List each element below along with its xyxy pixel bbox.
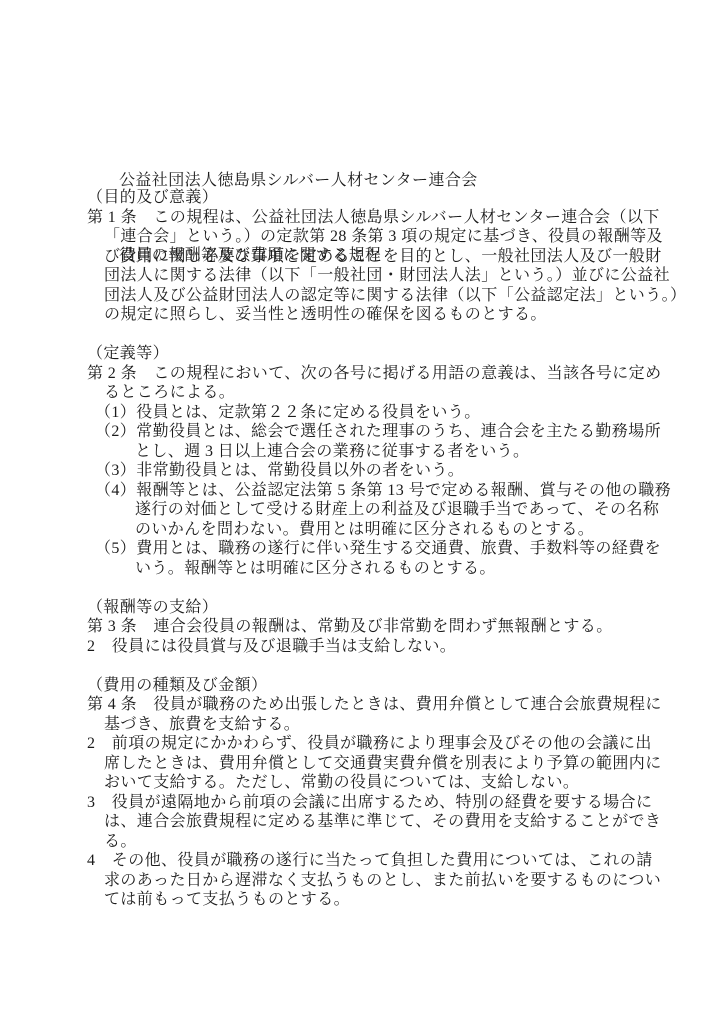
text-line: ては前もって支払うものとする。 <box>87 890 687 910</box>
text-line: （4）報酬等とは、公益認定法第 5 条第 13 号で定める報酬、賞与その他の職務 <box>87 481 687 501</box>
document-page: 公益社団法人徳島県シルバー人材センター連合会 役員の報酬等及び費用に関する規程 … <box>0 0 724 1024</box>
text-line: は、連合会旅費規程に定める基準に準じて、その費用を支給することができ <box>87 812 687 832</box>
section: （報酬等の支給）第 3 条 連合会役員の報酬は、常勤及び非常勤を問わず無報酬とす… <box>87 598 687 657</box>
section: （目的及び意義）第 1 条 この規程は、公益社団法人徳島県シルバー人材センター連… <box>87 188 687 325</box>
text-line: 基づき、旅費を支給する。 <box>87 715 687 735</box>
section-heading: （費用の種類及び金額） <box>87 676 687 696</box>
text-line: 第 2 条 この規程において、次の各号に掲げる用語の意義は、当該各号に定め <box>87 364 687 384</box>
section-heading: （報酬等の支給） <box>87 598 687 618</box>
text-line: 「連合会」という。）の定款第 28 条第 3 項の規定に基づき、役員の報酬等及 <box>87 227 687 247</box>
text-line: 求のあった日から遅滞なく支払うものとし、また前払いを要するものについ <box>87 871 687 891</box>
section-heading: （定義等） <box>87 344 687 364</box>
text-line: 第 3 条 連合会役員の報酬は、常勤及び非常勤を問わず無報酬とする。 <box>87 617 687 637</box>
text-line: （1）役員とは、定款第２２条に定める役員をいう。 <box>87 403 687 423</box>
text-line: 団法人に関する法律（以下「一般社団・財団法人法」という。）並びに公益社 <box>87 266 687 286</box>
text-line: 席したときは、費用弁償として交通費実費弁償を別表により予算の範囲内に <box>87 754 687 774</box>
document-body: （目的及び意義）第 1 条 この規程は、公益社団法人徳島県シルバー人材センター連… <box>87 188 687 910</box>
text-line: 第 4 条 役員が職務のため出張したときは、費用弁償として連合会旅費規程に <box>87 695 687 715</box>
text-line: とし、週 3 日以上連合会の業務に従事する者をいう。 <box>87 442 687 462</box>
text-line: のいかんを問わない。費用とは明確に区分されるものとする。 <box>87 520 687 540</box>
text-line: る。 <box>87 832 687 852</box>
section: （定義等）第 2 条 この規程において、次の各号に掲げる用語の意義は、当該各号に… <box>87 344 687 578</box>
text-line: 3 役員が遠隔地から前項の会議に出席するため、特別の経費を要する場合に <box>87 793 687 813</box>
text-line: 2 役員には役員賞与及び退職手当は支給しない。 <box>87 637 687 657</box>
text-line: （5）費用とは、職務の遂行に伴い発生する交通費、旅費、手数料等の経費を <box>87 539 687 559</box>
text-line: いう。報酬等とは明確に区分されるものとする。 <box>87 559 687 579</box>
text-line: おいて支給する。ただし、常勤の役員については、支給しない。 <box>87 773 687 793</box>
text-line: （3）非常勤役員とは、常勤役員以外の者をいう。 <box>87 461 687 481</box>
section: （費用の種類及び金額）第 4 条 役員が職務のため出張したときは、費用弁償として… <box>87 676 687 910</box>
text-line: 2 前項の規定にかかわらず、役員が職務により理事会及びその他の会議に出 <box>87 734 687 754</box>
text-line: 4 その他、役員が職務の遂行に当たって負担した費用については、これの請 <box>87 851 687 871</box>
text-line: （2）常勤役員とは、総会で選任された理事のうち、連合会を主たる勤務場所 <box>87 422 687 442</box>
text-line: るところによる。 <box>87 383 687 403</box>
text-line: び費用に関し必要な事項を定めることを目的とし、一般社団法人及び一般財 <box>87 247 687 267</box>
text-line: の規定に照らし、妥当性と透明性の確保を図るものとする。 <box>87 305 687 325</box>
text-line: 団法人及び公益財団法人の認定等に関する法律（以下「公益認定法」という。） <box>87 286 687 306</box>
text-line: 遂行の対価として受ける財産上の利益及び退職手当であって、その名称 <box>87 500 687 520</box>
text-line: 第 1 条 この規程は、公益社団法人徳島県シルバー人材センター連合会（以下 <box>87 208 687 228</box>
section-heading: （目的及び意義） <box>87 188 687 208</box>
